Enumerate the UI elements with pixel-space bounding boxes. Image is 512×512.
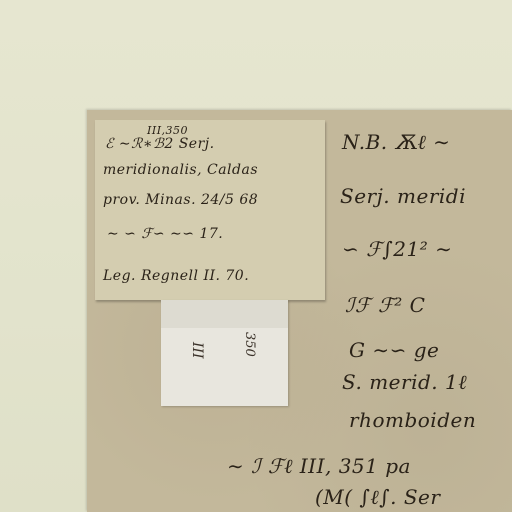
reference-tab: III 350 [161, 300, 288, 406]
manuscript-line-7: rhomboiden [349, 408, 476, 432]
tab-pinked-edge [161, 403, 288, 409]
manuscript-line-2: Serj. meridi [340, 184, 466, 208]
manuscript-line-9: (M( ∫ℓ∫. Ser [315, 485, 440, 510]
manuscript-line-3: ∽ ℱ∫21² ∼ [342, 237, 452, 261]
tab-roman-numeral: III [189, 342, 205, 359]
manuscript-line-5: G ∼∽ ge [349, 338, 439, 362]
tab-number: 350 [242, 332, 257, 357]
label-line-2: meridionalis, Caldas [103, 162, 258, 178]
manuscript-line-6: S. merid. 1ℓ [342, 370, 467, 395]
label-line-3: prov. Minas. 24/5 68 [103, 192, 258, 208]
tab-fold [161, 300, 288, 328]
manuscript-line-4: ℐℱ ℱ² C [345, 293, 425, 317]
label-line-4: ∼ ∽ ℱ∽ ∼∽ 17. [107, 226, 223, 242]
label-line-1: ℰ ∼ℛ∗ℬ2 Serj. [105, 136, 215, 152]
label-line-5: Leg. Regnell II. 70. [103, 268, 249, 284]
manuscript-line-1: N.B. Ѫℓ ∼ [342, 130, 450, 155]
specimen-label: III,350 ℰ ∼ℛ∗ℬ2 Serj. meridionalis, Cald… [95, 120, 325, 300]
manuscript-line-8: ∼ ℐ ℱℓ III, 351 pa [227, 454, 411, 479]
